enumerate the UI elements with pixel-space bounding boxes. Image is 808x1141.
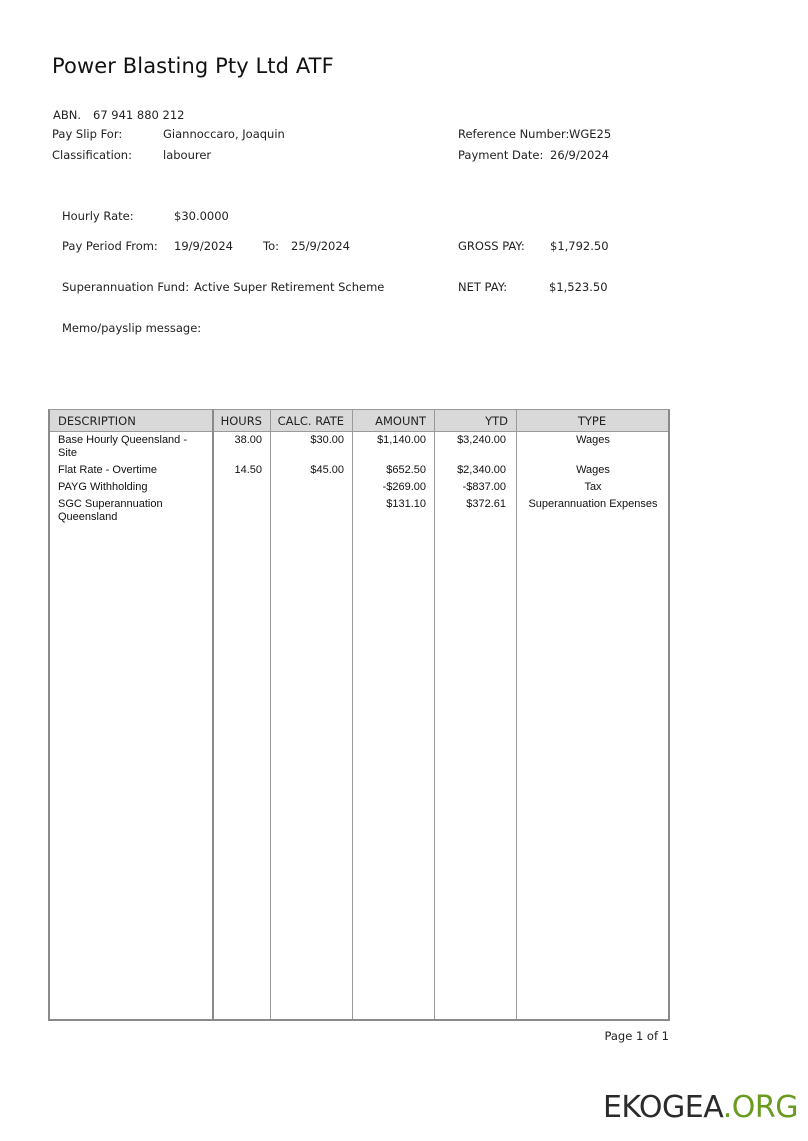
row-description-cont: Site [58, 447, 77, 460]
reference-number-label: Reference Number: [458, 127, 569, 141]
header-description: DESCRIPTION [58, 414, 136, 428]
header-amount: AMOUNT [352, 414, 426, 428]
payment-date-value: 26/9/2024 [550, 148, 609, 162]
super-fund-value: Active Super Retirement Scheme [194, 280, 384, 294]
header-type: TYPE [516, 414, 668, 428]
abn-label: ABN. [53, 108, 81, 122]
row-amount: $131.10 [354, 498, 426, 511]
page-indicator: Page 1 of 1 [604, 1029, 669, 1043]
column-divider [212, 410, 214, 1019]
reference-number-value: WGE25 [569, 127, 611, 141]
column-divider [434, 410, 435, 1019]
row-type: Tax [516, 481, 670, 494]
row-calc-rate: $45.00 [272, 464, 344, 477]
abn-value: 67 941 880 212 [93, 108, 184, 122]
column-divider [352, 410, 353, 1019]
row-amount: -$269.00 [354, 481, 426, 494]
pay-period-to-value: 25/9/2024 [291, 239, 350, 253]
row-ytd: -$837.00 [436, 481, 506, 494]
row-description: Flat Rate - Overtime [58, 464, 157, 477]
header-hours: HOURS [212, 414, 262, 428]
super-fund-label: Superannuation Fund: [62, 280, 189, 294]
classification-value: labourer [163, 148, 211, 162]
row-hours: 14.50 [214, 464, 262, 477]
hourly-rate-label: Hourly Rate: [62, 209, 134, 223]
net-pay-value: $1,523.50 [549, 280, 608, 294]
net-pay-label: NET PAY: [458, 280, 507, 294]
pay-slip-for-label: Pay Slip For: [52, 127, 122, 141]
payment-date-label: Payment Date: [458, 148, 543, 162]
row-description: Base Hourly Queensland - [58, 434, 187, 447]
row-description: SGC Superannuation [58, 498, 163, 511]
row-type: Wages [516, 464, 670, 477]
pay-items-table: DESCRIPTION HOURS CALC. RATE AMOUNT YTD … [48, 409, 670, 1021]
row-type: Superannuation Expenses [516, 498, 670, 511]
table-header: DESCRIPTION HOURS CALC. RATE AMOUNT YTD … [50, 410, 668, 432]
row-ytd: $2,340.00 [436, 464, 506, 477]
row-type: Wages [516, 434, 670, 447]
row-calc-rate: $30.00 [272, 434, 344, 447]
brand-logo: EKOGEA.ORG [603, 1090, 798, 1125]
row-hours: 38.00 [214, 434, 262, 447]
header-ytd: YTD [434, 414, 508, 428]
pay-period-to-label: To: [263, 239, 279, 253]
column-divider [270, 410, 271, 1019]
company-name: Power Blasting Pty Ltd ATF [52, 54, 334, 78]
gross-pay-value: $1,792.50 [550, 239, 609, 253]
gross-pay-label: GROSS PAY: [458, 239, 525, 253]
employee-name: Giannoccaro, Joaquin [163, 127, 285, 141]
row-description-cont: Queensland [58, 511, 117, 524]
memo-label: Memo/payslip message: [62, 321, 201, 335]
pay-period-from-value: 19/9/2024 [174, 239, 233, 253]
row-description: PAYG Withholding [58, 481, 147, 494]
pay-period-from-label: Pay Period From: [62, 239, 158, 253]
brand-main: EKOGEA [603, 1090, 723, 1125]
row-amount: $652.50 [354, 464, 426, 477]
row-amount: $1,140.00 [354, 434, 426, 447]
header-calc-rate: CALC. RATE [270, 414, 344, 428]
hourly-rate-value: $30.0000 [174, 209, 229, 223]
row-ytd: $372.61 [436, 498, 506, 511]
brand-suffix: .ORG [723, 1090, 798, 1125]
classification-label: Classification: [52, 148, 132, 162]
row-ytd: $3,240.00 [436, 434, 506, 447]
